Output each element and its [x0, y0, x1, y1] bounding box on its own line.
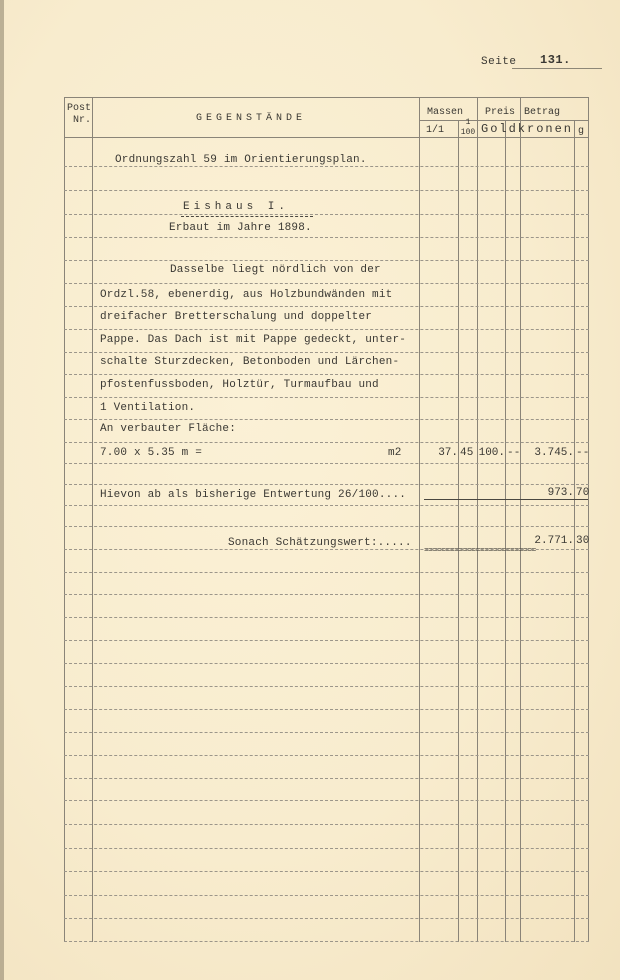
col-line-left: [64, 97, 65, 942]
row-desc-1: Dasselbe liegt nördlich von der: [170, 264, 381, 276]
ruled-line: [64, 442, 589, 443]
ruled-line: [64, 895, 589, 896]
row-area-label: An verbauter Fläche:: [100, 423, 236, 435]
header-price: Preis: [485, 107, 515, 118]
title-underline: [181, 216, 313, 217]
ruled-line: [64, 918, 589, 919]
ruled-line: [64, 352, 589, 353]
ruled-line: [64, 871, 589, 872]
ruled-line: [64, 306, 589, 307]
table-top-border: [64, 97, 589, 98]
col-line-amount-frac: [574, 120, 575, 942]
ruled-line: [64, 594, 589, 595]
header-subdivider: [419, 120, 589, 121]
header-masses-frac-num: 1: [460, 119, 476, 127]
header-masses-unit: 1/1: [426, 125, 444, 136]
ruled-line: [64, 800, 589, 801]
header-currency: Goldkronen: [481, 124, 573, 135]
ruled-line: [64, 941, 589, 942]
calc-amount-frac: --: [576, 447, 590, 459]
header-masses: Massen: [427, 107, 463, 118]
header-nr: Nr.: [73, 115, 91, 126]
ruled-line: [64, 824, 589, 825]
depreciation-amount-frac: 70: [576, 487, 590, 499]
row-ordnungszahl: Ordnungszahl 59 im Orientierungsplan.: [115, 154, 367, 166]
row-desc-7: 1 Ventilation.: [100, 402, 195, 414]
col-line-mass-frac: [458, 120, 459, 942]
ruled-line: [64, 397, 589, 398]
calc-mass-frac: 45: [460, 447, 474, 459]
ruled-line: [64, 640, 589, 641]
col-line-right: [588, 97, 589, 942]
row-desc-5: schalte Sturzdecken, Betonboden und Lärc…: [100, 356, 399, 368]
ruled-line: [64, 484, 589, 485]
header-items: GEGENSTÄNDE: [196, 113, 306, 124]
ruled-line: [64, 686, 589, 687]
row-desc-4: Pappe. Das Dach ist mit Pappe gedeckt, u…: [100, 334, 406, 346]
col-line-post: [92, 97, 93, 942]
ruled-line: [64, 526, 589, 527]
ruled-line: [64, 463, 589, 464]
col-line-price-frac: [505, 120, 506, 942]
ruled-line: [64, 283, 589, 284]
ruled-line: [64, 663, 589, 664]
row-built: Erbaut im Jahre 1898.: [169, 222, 312, 234]
calc-unit: m2: [388, 447, 402, 459]
calc-amount: 3.745.: [524, 447, 574, 459]
calc-price-frac: --: [507, 447, 521, 459]
header-masses-frac-den: 100: [460, 129, 476, 137]
ruled-line: [64, 848, 589, 849]
header-currency-g: g: [578, 126, 584, 137]
depreciation-amount: 973.: [524, 487, 574, 499]
ruled-line: [64, 237, 589, 238]
ruled-line: [64, 505, 589, 506]
ruled-line: [64, 190, 589, 191]
row-title: Eishaus I.: [183, 201, 289, 213]
header-bottom-border: [64, 137, 589, 138]
ruled-line: [64, 732, 589, 733]
ruled-line: [64, 709, 589, 710]
ruled-line: [64, 214, 589, 215]
calc-formula: 7.00 x 5.35 m =: [100, 447, 202, 459]
col-line-items: [419, 97, 420, 942]
col-line-mass: [477, 97, 478, 942]
depreciation-subtotal-line: [424, 499, 588, 500]
row-desc-3: dreifacher Bretterschalung und doppelter: [100, 311, 372, 323]
ruled-line: [64, 419, 589, 420]
calc-price: 100.: [478, 447, 505, 459]
col-line-price: [520, 97, 521, 942]
row-desc-6: pfostenfussboden, Holztür, Turmaufbau un…: [100, 379, 379, 391]
header-post: Post: [67, 103, 91, 114]
total-amount-frac: 30: [576, 535, 590, 547]
total-double-rule: ==========================: [424, 546, 536, 555]
total-text: Sonach Schätzungswert:.....: [228, 537, 412, 549]
ruled-line: [64, 329, 589, 330]
ruled-line: [64, 166, 589, 167]
ruled-line: [64, 778, 589, 779]
ruled-line: [64, 374, 589, 375]
ruled-line: [64, 617, 589, 618]
ruled-line: [64, 260, 589, 261]
ruled-line: [64, 755, 589, 756]
header-amount: Betrag: [524, 107, 560, 118]
calc-mass-whole: 37.: [432, 447, 458, 459]
depreciation-text: Hievon ab als bisherige Entwertung 26/10…: [100, 489, 406, 501]
row-desc-2: Ordzl.58, ebenerdig, aus Holzbundwänden …: [100, 289, 392, 301]
ruled-line: [64, 572, 589, 573]
